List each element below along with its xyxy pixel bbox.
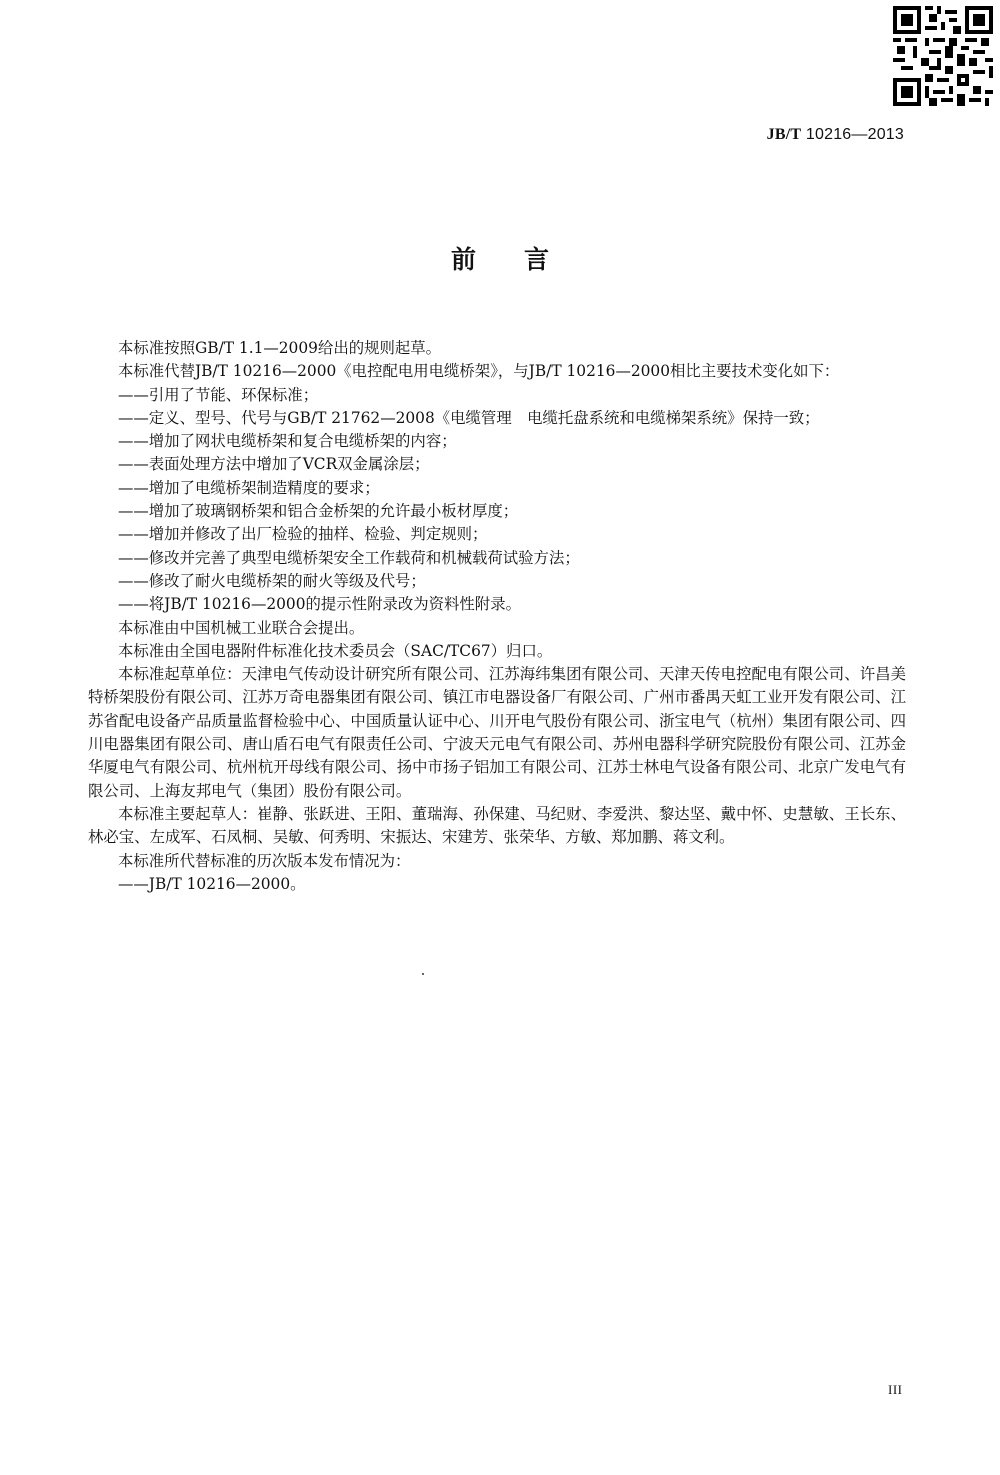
change-item: ——修改了耐火电缆桥架的耐火等级及代号； [88, 570, 906, 593]
page-number: III [888, 1382, 903, 1398]
drafting-units-paragraph: 本标准起草单位：天津电气传动设计研究所有限公司、江苏海纬集团有限公司、天津天传电… [88, 663, 906, 803]
replacement-paragraph: 本标准代替JB/T 10216—2000《电控配电用电缆桥架》，与JB/T 10… [88, 360, 906, 383]
main-drafters-paragraph: 本标准主要起草人：崔静、张跃进、王阳、董瑞海、孙保建、马纪财、李爱洪、黎达坚、戴… [88, 803, 906, 850]
standard-prefix: JB/T [767, 126, 802, 143]
change-item: ——定义、型号、代号与GB/T 21762—2008《电缆管理 电缆托盘系统和电… [88, 407, 906, 430]
history-intro-paragraph: 本标准所代替标准的历次版本发布情况为： [88, 850, 906, 873]
jurisdiction-paragraph: 本标准由全国电器附件标准化技术委员会（SAC/TC67）归口。 [88, 640, 906, 663]
change-item: ——表面处理方法中增加了VCR双金属涂层； [88, 453, 906, 476]
qr-code-icon [893, 6, 993, 106]
proposed-by-paragraph: 本标准由中国机械工业联合会提出。 [88, 617, 906, 640]
history-item: ——JB/T 10216—2000。 [88, 873, 906, 896]
standard-number: 10216—2013 [806, 126, 904, 143]
change-item: ——增加了玻璃钢桥架和铝合金桥架的允许最小板材厚度； [88, 500, 906, 523]
change-item: ——增加了网状电缆桥架和复合电缆桥架的内容； [88, 430, 906, 453]
change-item: ——引用了节能、环保标准； [88, 384, 906, 407]
change-item: ——增加并修改了出厂检验的抽样、检验、判定规则； [88, 523, 906, 546]
drafting-rules-paragraph: 本标准按照GB/T 1.1—2009给出的规则起草。 [88, 337, 906, 360]
change-item: ——修改并完善了典型电缆桥架安全工作载荷和机械载荷试验方法； [88, 547, 906, 570]
foreword-body: 本标准按照GB/T 1.1—2009给出的规则起草。 本标准代替JB/T 102… [88, 337, 906, 896]
page-title: 前言 [0, 240, 1000, 276]
change-item: ——增加了电缆桥架制造精度的要求； [88, 477, 906, 500]
standard-code: JB/T 10216—2013 [767, 126, 904, 144]
scan-artifact-dot [422, 973, 424, 975]
change-item: ——将JB/T 10216—2000的提示性附录改为资料性附录。 [88, 593, 906, 616]
